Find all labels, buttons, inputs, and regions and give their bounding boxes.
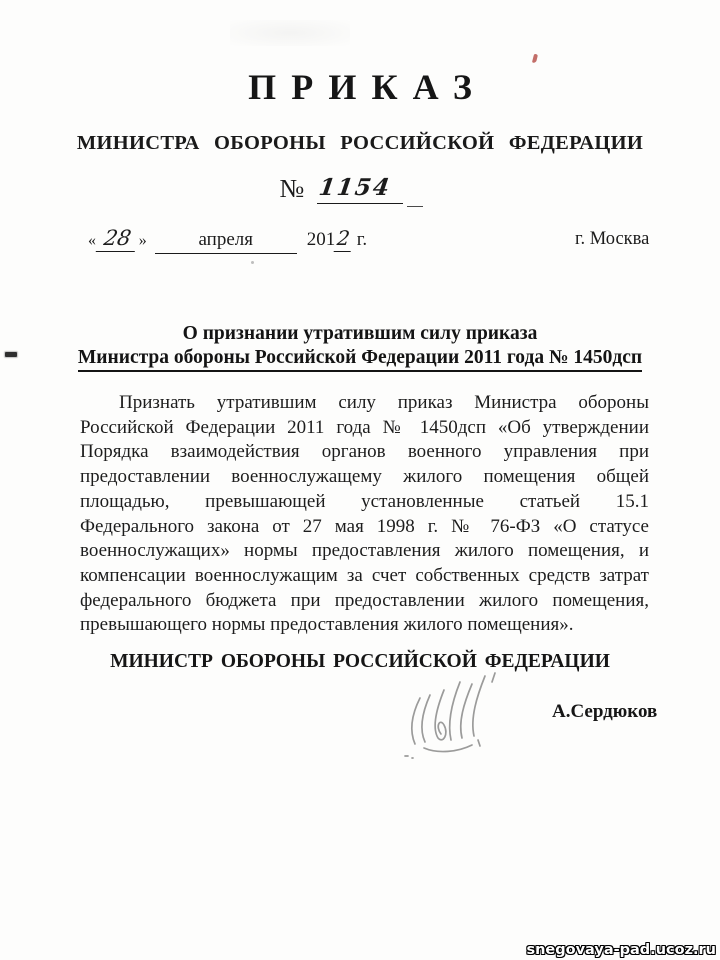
order-number-handwritten: 1154 <box>309 174 403 201</box>
body-line: Порядка взаимодействия органов военного … <box>80 440 649 465</box>
year-handwritten: 2 <box>334 226 353 252</box>
day-handwritten: 28 <box>96 226 139 252</box>
subject-heading: О признании утратившим силу приказа Мини… <box>0 322 720 372</box>
body-line: федерального бюджета при предоставлении … <box>80 589 649 614</box>
date-line: «28»апреля2012 г. <box>88 226 367 254</box>
red-pen-mark <box>532 54 538 64</box>
subject-line-2: Министра обороны Российской Федерации 20… <box>78 346 642 373</box>
scan-smudge <box>230 20 350 46</box>
body-line: компенсации военнослужащим за счет собст… <box>80 564 649 589</box>
year-typed: 201 <box>307 229 336 250</box>
scan-dot-artifact <box>251 261 254 264</box>
year-suffix: г. <box>357 229 367 250</box>
number-sign: № <box>279 174 304 203</box>
signature-ink <box>400 666 515 768</box>
body-line: превышающего нормы предоставления жилого… <box>80 613 649 638</box>
number-underline-tail <box>407 174 423 207</box>
month-value: апреля <box>155 229 297 254</box>
body-paragraph: Признать утратившим силу приказ Министра… <box>80 391 649 638</box>
site-watermark: snegovaya-pad.ucoz.ru <box>526 942 716 958</box>
signer-name: А.Сердюков <box>552 701 657 723</box>
body-line: военнослужащих» нормы предоставления жил… <box>80 539 649 564</box>
signer-title: МИНИСТР ОБОРОНЫ РОССИЙСКОЙ ФЕДЕРАЦИИ <box>0 651 720 673</box>
open-quote: « <box>88 232 96 249</box>
page-title: ПРИКАЗ <box>0 66 720 108</box>
scanned-order-document: { "doc": { "title": "ПРИКАЗ", "issuer": … <box>0 0 720 960</box>
body-line: Российской Федерации 2011 года № 1450дсп… <box>80 416 649 441</box>
subject-line-1: О признании утратившим силу приказа <box>0 322 720 346</box>
body-line: Признать утратившим силу приказ Министра… <box>80 391 649 416</box>
body-line: предоставлении военнослужащему жилого по… <box>80 465 649 490</box>
city-label: г. Москва <box>575 229 649 250</box>
order-number: № 1154 <box>0 174 720 207</box>
body-line: площадью, превышающей установленные стат… <box>80 490 649 515</box>
body-line: Федерального закона от 27 мая 1998 г. № … <box>80 515 649 540</box>
close-quote: » <box>139 232 147 249</box>
issuer-line: МИНИСТРА ОБОРОНЫ РОССИЙСКОЙ ФЕДЕРАЦИИ <box>0 132 720 155</box>
